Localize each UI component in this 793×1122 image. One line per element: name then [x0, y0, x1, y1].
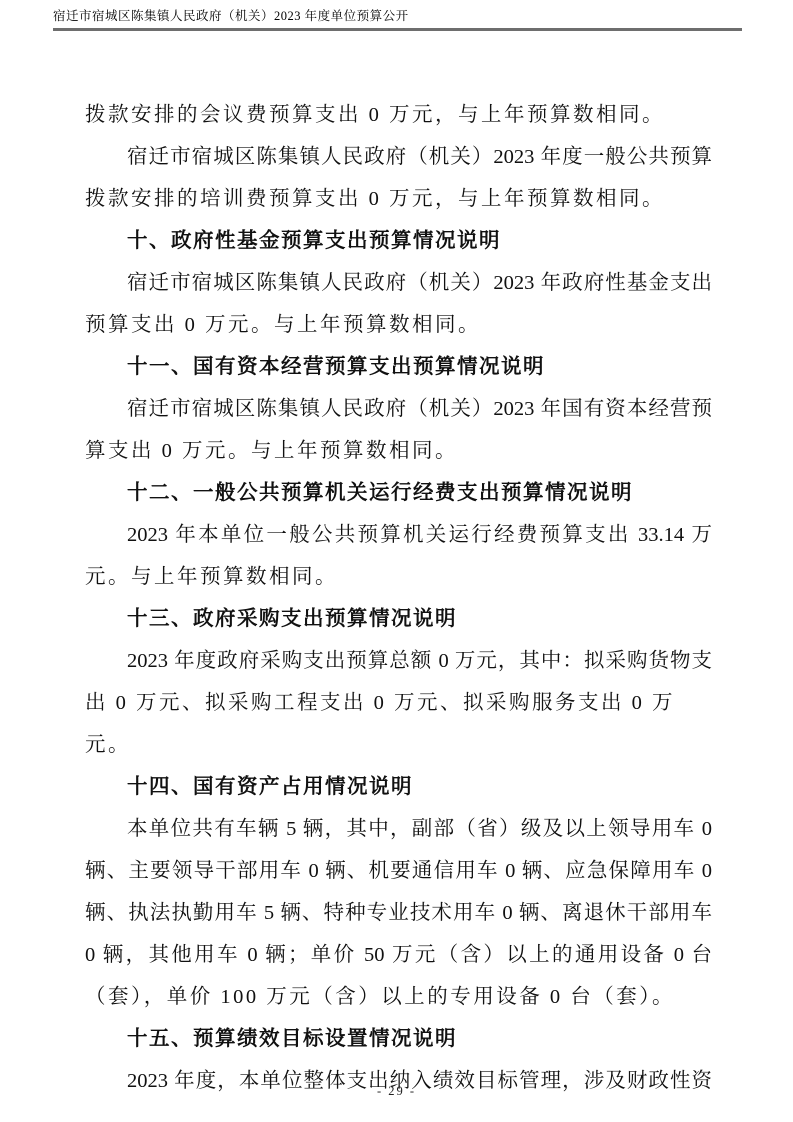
document-line: 2023 年度政府采购支出预算总额 0 万元，其中：拟采购货物支 [85, 640, 712, 682]
document-line: 拨款安排的会议费预算支出 0 万元，与上年预算数相同。 [85, 94, 712, 136]
document-line: 宿迁市宿城区陈集镇人民政府（机关）2023 年国有资本经营预 [85, 388, 712, 430]
section-heading: 十、政府性基金预算支出预算情况说明 [85, 220, 712, 262]
document-line: 算支出 0 万元。与上年预算数相同。 [85, 430, 712, 472]
document-line: 辆、主要领导干部用车 0 辆、机要通信用车 0 辆、应急保障用车 0 [85, 850, 712, 892]
document-line: 元。与上年预算数相同。 [85, 556, 712, 598]
page-header: 宿迁市宿城区陈集镇人民政府（机关）2023 年度单位预算公开 [53, 8, 742, 31]
section-heading: 十四、国有资产占用情况说明 [85, 766, 712, 808]
document-line: 0 辆，其他用车 0 辆；单价 50 万元（含）以上的通用设备 0 台 [85, 934, 712, 976]
document-line: 本单位共有车辆 5 辆，其中，副部（省）级及以上领导用车 0 [85, 808, 712, 850]
document-line: 辆、执法执勤用车 5 辆、特种专业技术用车 0 辆、离退休干部用车 [85, 892, 712, 934]
document-line: 出 0 万元、拟采购工程支出 0 万元、拟采购服务支出 0 万元。 [85, 682, 712, 766]
page-footer: - 29 - [0, 1082, 793, 1100]
document-line: 宿迁市宿城区陈集镇人民政府（机关）2023 年政府性基金支出 [85, 262, 712, 304]
document-body: 拨款安排的会议费预算支出 0 万元，与上年预算数相同。 宿迁市宿城区陈集镇人民政… [85, 94, 712, 1102]
section-heading: 十一、国有资本经营预算支出预算情况说明 [85, 346, 712, 388]
document-line: 拨款安排的培训费预算支出 0 万元，与上年预算数相同。 [85, 178, 712, 220]
page-number: - 29 - [377, 1084, 416, 1098]
document-line: 宿迁市宿城区陈集镇人民政府（机关）2023 年度一般公共预算 [85, 136, 712, 178]
document-page: 宿迁市宿城区陈集镇人民政府（机关）2023 年度单位预算公开 拨款安排的会议费预… [0, 0, 793, 1122]
header-title: 宿迁市宿城区陈集镇人民政府（机关）2023 年度单位预算公开 [53, 8, 742, 24]
document-line: （套），单价 100 万元（含）以上的专用设备 0 台（套）。 [85, 976, 712, 1018]
section-heading: 十五、预算绩效目标设置情况说明 [85, 1018, 712, 1060]
document-line: 预算支出 0 万元。与上年预算数相同。 [85, 304, 712, 346]
document-line: 2023 年本单位一般公共预算机关运行经费预算支出 33.14 万 [85, 514, 712, 556]
section-heading: 十二、一般公共预算机关运行经费支出预算情况说明 [85, 472, 712, 514]
section-heading: 十三、政府采购支出预算情况说明 [85, 598, 712, 640]
